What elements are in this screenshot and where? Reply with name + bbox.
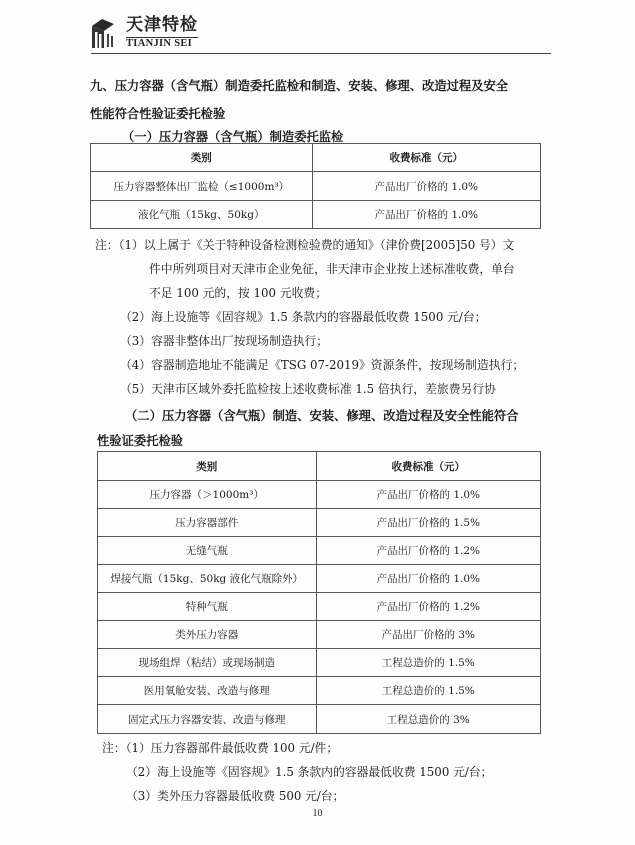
fee-cell: 产品出厂价格的 1.0% [312, 172, 540, 201]
column-header-fee-standard: 收费标准（元） [316, 452, 540, 481]
part2-note-3: （3）类外压力容器最低收费 500 元/台； [126, 787, 344, 804]
category-cell: 液化气瓶（15kg、50kg） [91, 201, 313, 229]
category-cell: 压力容器（＞1000m³） [98, 481, 317, 509]
fee-cell: 产品出厂价格的 1.0% [312, 201, 540, 229]
section-title-line2: 性能符合性验证委托检验 [90, 104, 225, 122]
category-cell: 压力容器部件 [98, 509, 317, 537]
table-row: 现场组焊（粘结）或现场制造 工程总造价的 1.5% [98, 649, 541, 677]
category-cell: 类外压力容器 [98, 621, 317, 649]
fee-cell: 产品出厂价格的 3% [316, 621, 540, 649]
part1-note-2: （2）海上设施等《固容规》1.5 条款内的容器最低收费 1500 元/台； [120, 308, 486, 325]
part1-note-4: （4）容器制造地址不能满足《TSG 07-2019》资源条件，按现场制造执行； [120, 356, 524, 373]
column-header-fee-standard: 收费标准（元） [312, 144, 540, 172]
fee-cell: 工程总造价的 1.5% [316, 677, 540, 705]
part1-note-1-cont-a: 件中所列项目对天津市企业免征，非天津市企业按上述标准收费，单台 [149, 260, 515, 277]
category-cell: 医用氧舱安装、改造与修理 [98, 677, 317, 705]
part1-note-3: （3）容器非整体出厂按现场制造执行； [120, 332, 328, 349]
part1-fee-table: 类别 收费标准（元） 压力容器整体出厂监检（≤1000m³） 产品出厂价格的 1… [90, 143, 541, 229]
tianjin-sei-logo-icon [88, 16, 122, 50]
part2-title-line2: 性验证委托检验 [97, 431, 183, 449]
part2-note-2: （2）海上设施等《固容规》1.5 条款内的容器最低收费 1500 元/台； [126, 763, 492, 780]
table-row: 压力容器（＞1000m³） 产品出厂价格的 1.0% [98, 481, 541, 509]
table-header-row: 类别 收费标准（元） [98, 452, 541, 481]
fee-cell: 产品出厂价格的 1.0% [316, 565, 540, 593]
fee-cell: 产品出厂价格的 1.2% [316, 537, 540, 565]
table-row: 医用氧舱安装、改造与修理 工程总造价的 1.5% [98, 677, 541, 705]
brand-name-cn: 天津特检 [126, 17, 198, 34]
table-row: 压力容器整体出厂监检（≤1000m³） 产品出厂价格的 1.0% [91, 172, 541, 201]
category-cell: 特种气瓶 [98, 593, 317, 621]
column-header-category: 类别 [98, 452, 317, 481]
fee-cell: 产品出厂价格的 1.5% [316, 509, 540, 537]
fee-cell: 产品出厂价格的 1.0% [316, 481, 540, 509]
table-row: 固定式压力容器安装、改造与修理 工程总造价的 3% [98, 705, 541, 734]
column-header-category: 类别 [91, 144, 313, 172]
table-row: 液化气瓶（15kg、50kg） 产品出厂价格的 1.0% [91, 201, 541, 229]
category-cell: 压力容器整体出厂监检（≤1000m³） [91, 172, 313, 201]
header-divider [91, 53, 551, 54]
section-title-line1: 九、压力容器（含气瓶）制造委托监检和制造、安装、修理、改造过程及安全 [90, 76, 508, 94]
category-cell: 固定式压力容器安装、改造与修理 [98, 705, 317, 734]
category-cell: 无缝气瓶 [98, 537, 317, 565]
category-cell: 焊接气瓶（15kg、50kg 液化气瓶除外） [98, 565, 317, 593]
page-header: 天津特检 TIANJIN SEI [88, 13, 198, 53]
page-number: 10 [0, 808, 635, 819]
part2-title-line1: （二）压力容器（含气瓶）制造、安装、修理、改造过程及安全性能符合 [125, 406, 519, 424]
table-row: 压力容器部件 产品出厂价格的 1.5% [98, 509, 541, 537]
category-cell: 现场组焊（粘结）或现场制造 [98, 649, 317, 677]
fee-cell: 工程总造价的 3% [316, 705, 540, 734]
fee-cell: 工程总造价的 1.5% [316, 649, 540, 677]
table-row: 焊接气瓶（15kg、50kg 液化气瓶除外） 产品出厂价格的 1.0% [98, 565, 541, 593]
part2-fee-table: 类别 收费标准（元） 压力容器（＞1000m³） 产品出厂价格的 1.0% 压力… [97, 451, 541, 734]
table-row: 类外压力容器 产品出厂价格的 3% [98, 621, 541, 649]
part2-note-1: 注：（1）压力容器部件最低收费 100 元/件； [102, 739, 338, 756]
part1-note-5: （5）天津市区域外委托监检按上述收费标准 1.5 倍执行，差旅费另行协 [120, 380, 496, 397]
fee-cell: 产品出厂价格的 1.2% [316, 593, 540, 621]
brand-name-en: TIANJIN SEI [126, 37, 198, 50]
table-header-row: 类别 收费标准（元） [91, 144, 541, 172]
table-row: 特种气瓶 产品出厂价格的 1.2% [98, 593, 541, 621]
part1-note-1: 注：（1）以上属于《关于特种设备检测检验费的通知》（津价费[2005]50 号）… [95, 236, 514, 253]
part1-note-1-cont-b: 不足 100 元的，按 100 元收费； [149, 284, 327, 301]
table-row: 无缝气瓶 产品出厂价格的 1.2% [98, 537, 541, 565]
